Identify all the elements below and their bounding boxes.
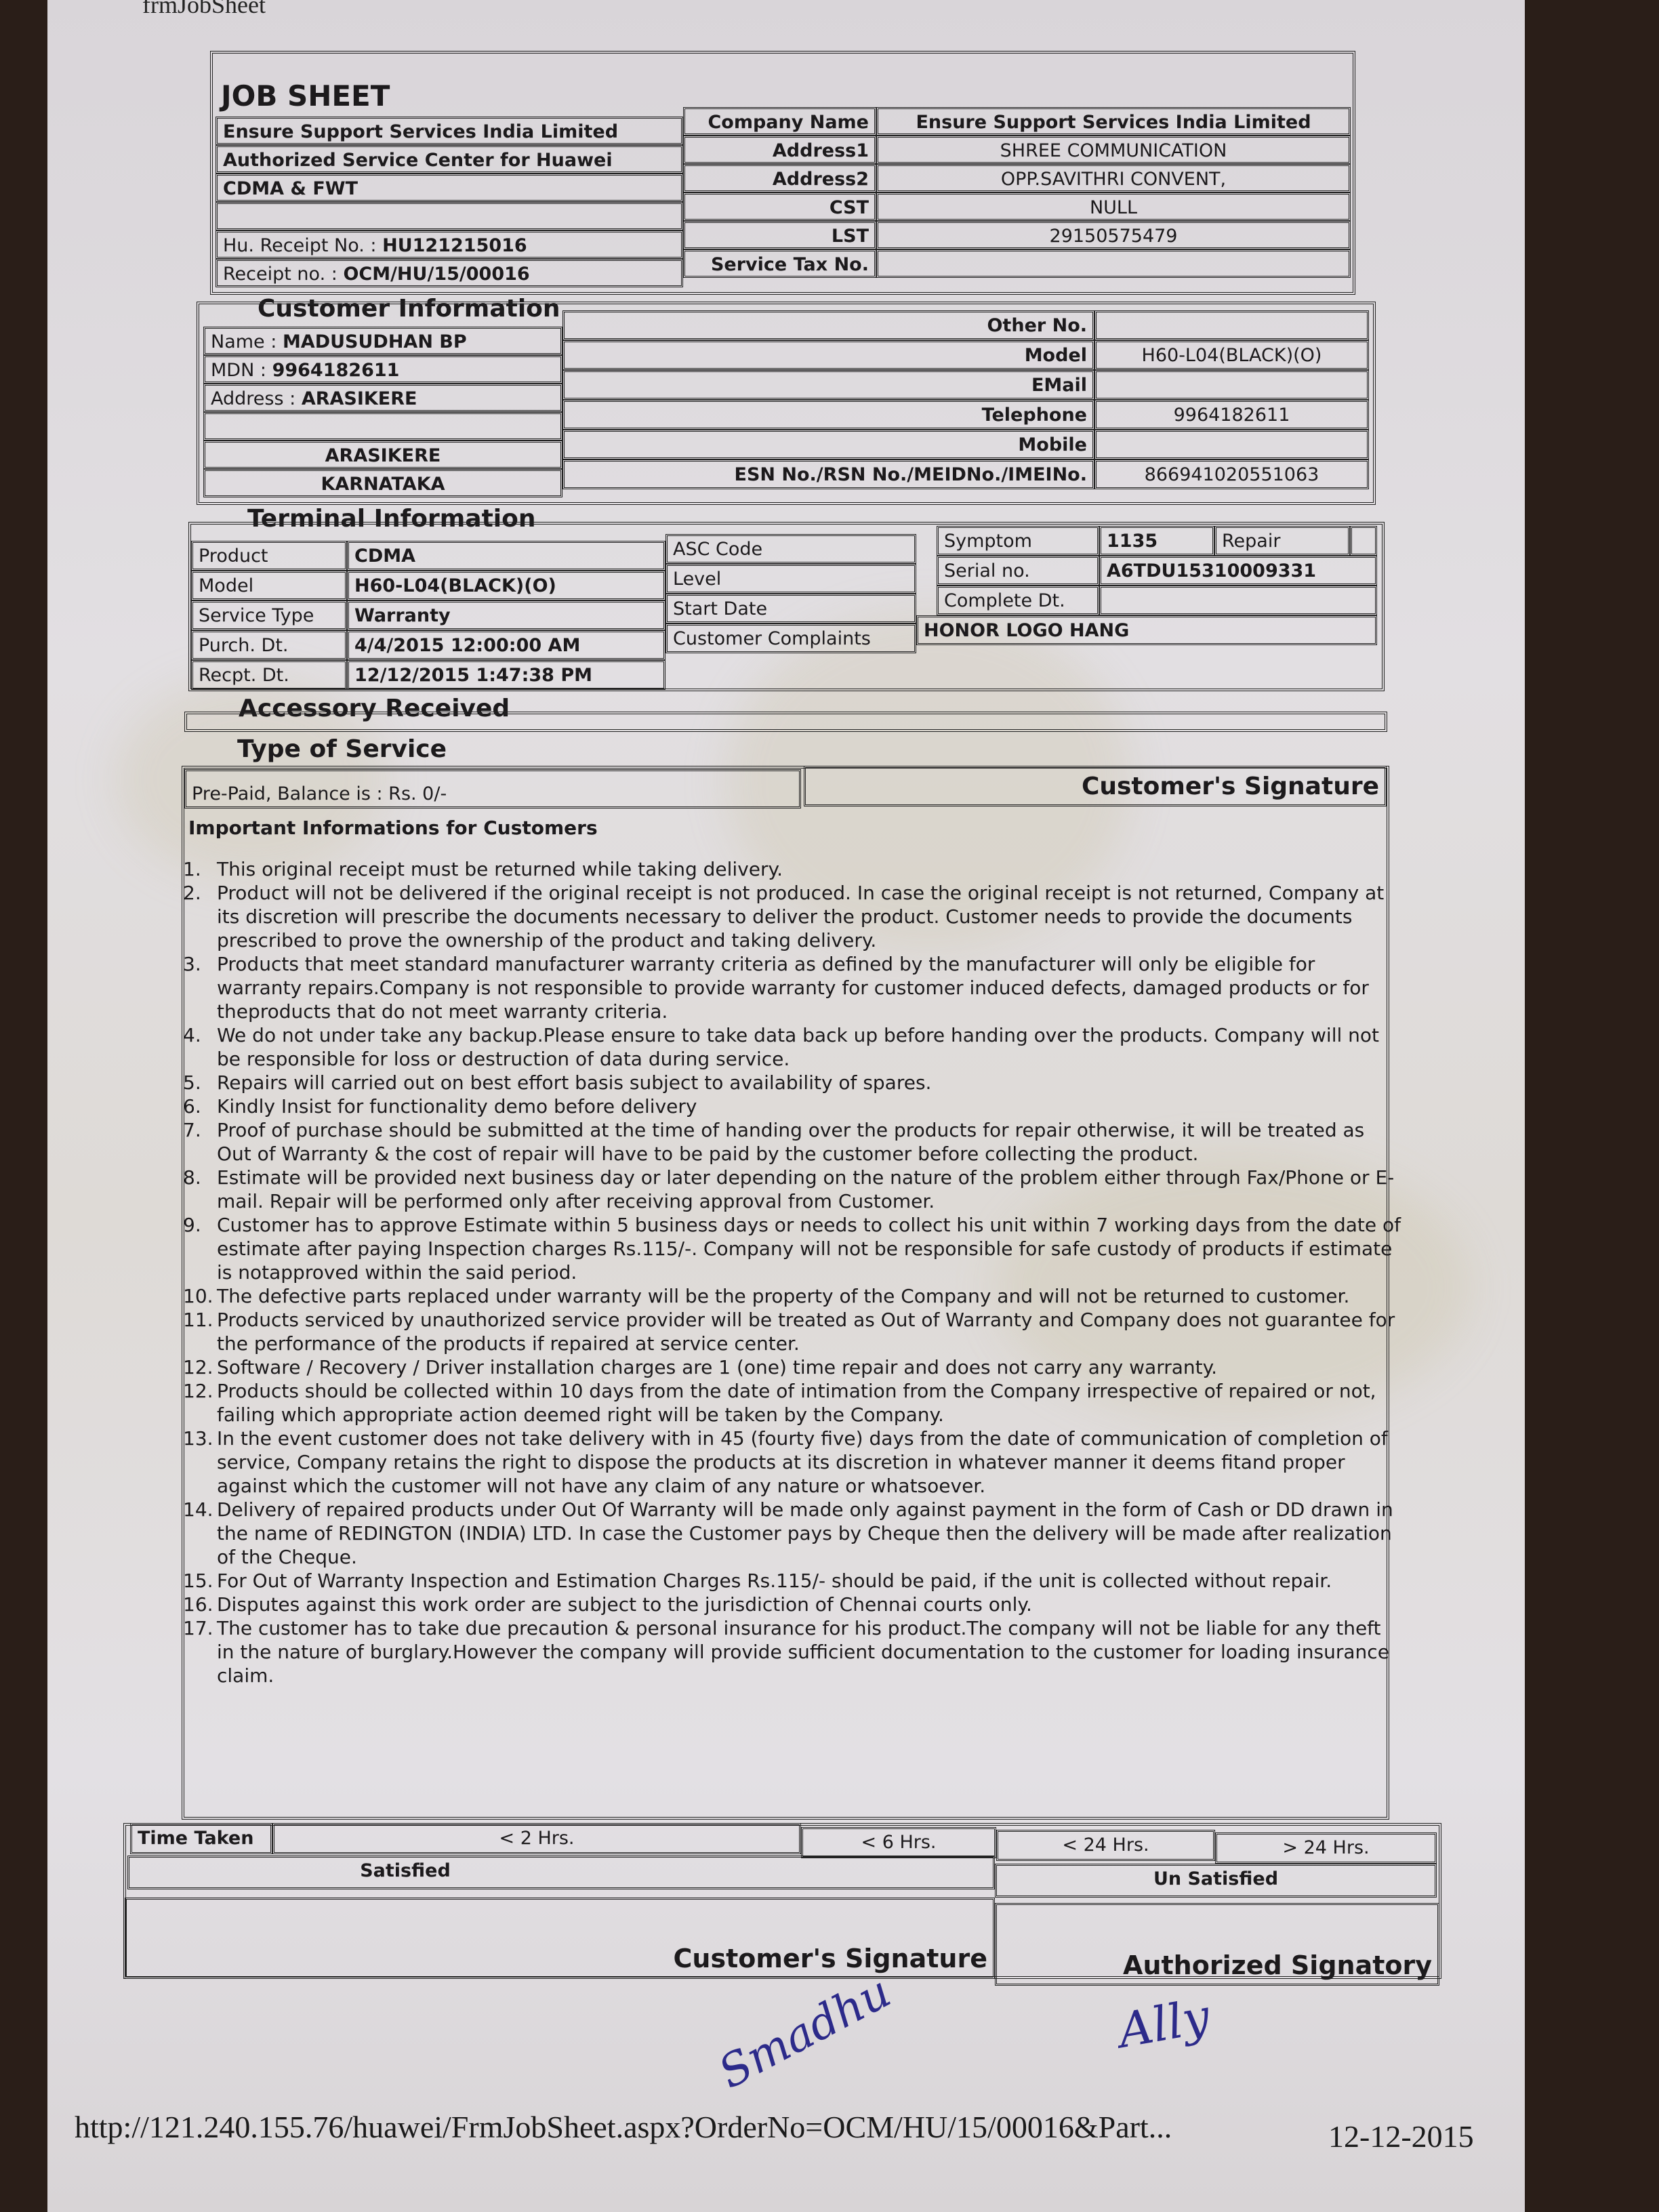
- info-item-number: 8.: [183, 1166, 217, 1213]
- info-item-text: This original receipt must be returned w…: [217, 857, 1403, 881]
- receipt-row: Receipt no. : OCM/HU/15/00016: [216, 259, 683, 287]
- info-item: 13.In the event customer does not take d…: [183, 1427, 1403, 1498]
- info-item-number: 13.: [183, 1427, 217, 1498]
- info-item-text: We do not under take any backup.Please e…: [217, 1023, 1403, 1071]
- repair-checkbox[interactable]: [1350, 526, 1377, 556]
- info-item: 6.Kindly Insist for functionality demo b…: [183, 1094, 1403, 1118]
- info-item-text: In the event customer does not take deli…: [217, 1427, 1403, 1498]
- customer-field-label: Other No.: [562, 310, 1094, 340]
- info-item-number: 11.: [183, 1308, 217, 1355]
- info-item-number: 7.: [183, 1118, 217, 1166]
- time-option-lt-2[interactable]: < 2 Hrs.: [272, 1823, 801, 1854]
- info-item: 1.This original receipt must be returned…: [183, 857, 1403, 881]
- satisfied-option[interactable]: Satisfied: [127, 1856, 995, 1889]
- info-item: 4.We do not under take any backup.Please…: [183, 1023, 1403, 1071]
- customer-city: ARASIKERE: [203, 441, 562, 469]
- page-header: frmJobSheet: [142, 0, 266, 19]
- footer-url: http://121.240.155.76/huawei/FrmJobSheet…: [75, 2109, 1172, 2145]
- customer-name: MADUSUDHAN BP: [283, 331, 467, 352]
- serial-value: A6TDU15310009331: [1099, 556, 1377, 586]
- company-field-label: Company Name: [683, 107, 876, 136]
- info-item: 17.The customer has to take due precauti…: [183, 1616, 1403, 1687]
- company-line-4: [216, 202, 683, 230]
- info-item-text: Software / Recovery / Driver installatio…: [217, 1355, 1403, 1379]
- address-label: Address :: [211, 388, 295, 409]
- info-item-text: Delivery of repaired products under Out …: [217, 1498, 1403, 1569]
- customer-address-row: Address : ARASIKERE: [203, 384, 562, 412]
- info-item-number: 14.: [183, 1498, 217, 1569]
- terminal-field-label: Product: [191, 541, 347, 571]
- info-item: 8.Estimate will be provided next busines…: [183, 1166, 1403, 1213]
- unsatisfied-option[interactable]: Un Satisfied: [995, 1864, 1437, 1898]
- info-item-number: 4.: [183, 1023, 217, 1071]
- info-item: 12.Software / Recovery / Driver installa…: [183, 1355, 1403, 1379]
- time-option-gt-24[interactable]: > 24 Hrs.: [1215, 1832, 1437, 1864]
- info-item-text: Repairs will carried out on best effort …: [217, 1071, 1403, 1094]
- footer-date: 12-12-2015: [1328, 2118, 1474, 2154]
- info-item-number: 16.: [183, 1593, 217, 1616]
- company-field-label: Service Tax No.: [683, 249, 876, 278]
- info-item-text: Products that meet standard manufacturer…: [217, 952, 1403, 1023]
- feedback-customer-signature: Customer's Signature: [125, 1898, 995, 1979]
- company-field-value: NULL: [876, 192, 1351, 221]
- repair-label: Repair: [1214, 526, 1350, 556]
- name-label: Name :: [211, 331, 276, 352]
- important-info-list: 1.This original receipt must be returned…: [183, 857, 1403, 1687]
- customer-address-line2: [203, 412, 562, 441]
- info-item-number: 2.: [183, 881, 217, 952]
- time-taken-label: Time Taken: [130, 1823, 272, 1854]
- terminal-field-value: H60-L04(BLACK)(O): [347, 571, 665, 600]
- info-item-number: 10.: [183, 1284, 217, 1308]
- terminal-mid-label: Customer Complaints: [665, 623, 916, 653]
- company-field-value: Ensure Support Services India Limited: [876, 107, 1351, 136]
- receipt-value: OCM/HU/15/00016: [343, 264, 529, 285]
- info-item-text: Products serviced by unauthorized servic…: [217, 1308, 1403, 1355]
- company-line-1: Ensure Support Services India Limited: [216, 117, 683, 145]
- company-line-2: Authorized Service Center for Huawei: [216, 145, 683, 173]
- info-item-text: Proof of purchase should be submitted at…: [217, 1118, 1403, 1166]
- info-item-number: 15.: [183, 1569, 217, 1593]
- customer-mdn-row: MDN : 9964182611: [203, 355, 562, 384]
- info-item-number: 3.: [183, 952, 217, 1023]
- terminal-field-value: 4/4/2015 12:00:00 AM: [347, 630, 665, 660]
- customer-mdn: 9964182611: [272, 360, 400, 381]
- customer-field-label: Mobile: [562, 430, 1094, 459]
- info-item-number: 17.: [183, 1616, 217, 1687]
- customer-field-value: [1094, 310, 1369, 340]
- time-option-lt-6[interactable]: < 6 Hrs.: [801, 1827, 996, 1858]
- symptom-value: 1135: [1099, 526, 1214, 556]
- receipt-label: Receipt no. :: [223, 264, 337, 285]
- customer-field-value: [1094, 430, 1369, 459]
- customer-complaint: HONOR LOGO HANG: [916, 615, 1377, 645]
- terminal-field-label: Purch. Dt.: [191, 630, 347, 660]
- customer-field-value: 9964182611: [1094, 400, 1369, 430]
- customer-field-label: ESN No./RSN No./MEIDNo./IMEINo.: [562, 459, 1094, 489]
- time-option-lt-24[interactable]: < 24 Hrs.: [996, 1830, 1215, 1861]
- info-item-number: 12.: [183, 1379, 217, 1427]
- company-field-value: [876, 249, 1351, 278]
- info-item: 16.Disputes against this work order are …: [183, 1593, 1403, 1616]
- info-item: 9.Customer has to approve Estimate withi…: [183, 1213, 1403, 1284]
- company-field-value: SHREE COMMUNICATION: [876, 136, 1351, 164]
- info-item-text: Kindly Insist for functionality demo bef…: [217, 1094, 1403, 1118]
- complete-date-value: [1099, 586, 1377, 615]
- info-item: 7.Proof of purchase should be submitted …: [183, 1118, 1403, 1166]
- terminal-field-label: Recpt. Dt.: [191, 660, 347, 690]
- customer-field-label: EMail: [562, 370, 1094, 400]
- customer-state: KARNATAKA: [203, 469, 562, 497]
- customer-field-value: H60-L04(BLACK)(O): [1094, 340, 1369, 370]
- info-item-text: Disputes against this work order are sub…: [217, 1593, 1403, 1616]
- service-type-heading: Type of Service: [237, 735, 447, 763]
- mdn-label: MDN :: [211, 360, 266, 381]
- info-item-text: Product will not be delivered if the ori…: [217, 881, 1403, 952]
- info-item-number: 1.: [183, 857, 217, 881]
- customer-field-value: 866941020551063: [1094, 459, 1369, 489]
- important-info-heading: Important Informations for Customers: [188, 817, 598, 839]
- accessory-box: [184, 712, 1387, 732]
- company-field-label: Address1: [683, 136, 876, 164]
- info-item-text: Customer has to approve Estimate within …: [217, 1213, 1403, 1284]
- terminal-mid-label: ASC Code: [665, 534, 916, 564]
- info-item: 14.Delivery of repaired products under O…: [183, 1498, 1403, 1569]
- customer-field-value: [1094, 370, 1369, 400]
- info-item: 3.Products that meet standard manufactur…: [183, 952, 1403, 1023]
- company-field-label: LST: [683, 221, 876, 249]
- complete-date-label: Complete Dt.: [937, 586, 1099, 615]
- company-line-3: CDMA & FWT: [216, 173, 683, 202]
- terminal-field-value: Warranty: [347, 600, 665, 630]
- terminal-mid-label: Start Date: [665, 594, 916, 623]
- hu-receipt-value: HU121215016: [382, 235, 527, 256]
- serial-label: Serial no.: [937, 556, 1099, 586]
- hu-receipt-row: Hu. Receipt No. : HU121215016: [216, 230, 683, 259]
- info-item-text: Estimate will be provided next business …: [217, 1166, 1403, 1213]
- service-customer-signature: Customer's Signature: [804, 766, 1387, 806]
- info-item-number: 12.: [183, 1355, 217, 1379]
- info-item: 2.Product will not be delivered if the o…: [183, 881, 1403, 952]
- authorized-signatory: Authorized Signatory: [995, 1903, 1439, 1986]
- customer-address: ARASIKERE: [302, 388, 417, 409]
- symptom-label: Symptom: [937, 526, 1099, 556]
- customer-name-row: Name : MADUSUDHAN BP: [203, 327, 562, 355]
- info-item-text: For Out of Warranty Inspection and Estim…: [217, 1569, 1403, 1593]
- info-item-text: The customer has to take due precaution …: [217, 1616, 1403, 1687]
- terminal-field-value: 12/12/2015 1:47:38 PM: [347, 660, 665, 690]
- customer-field-label: Model: [562, 340, 1094, 370]
- terminal-field-label: Model: [191, 571, 347, 600]
- prepaid-balance: Pre-Paid, Balance is : Rs. 0/-: [184, 769, 801, 808]
- info-item: 11.Products serviced by unauthorized ser…: [183, 1308, 1403, 1355]
- info-item-text: The defective parts replaced under warra…: [217, 1284, 1403, 1308]
- hu-receipt-label: Hu. Receipt No. :: [223, 235, 377, 256]
- job-sheet-title: JOB SHEET: [216, 78, 683, 120]
- info-item: 10.The defective parts replaced under wa…: [183, 1284, 1403, 1308]
- company-field-label: CST: [683, 192, 876, 221]
- info-item: 12.Products should be collected within 1…: [183, 1379, 1403, 1427]
- info-item: 5.Repairs will carried out on best effor…: [183, 1071, 1403, 1094]
- company-field-label: Address2: [683, 164, 876, 192]
- company-field-value: OPP.SAVITHRI CONVENT,: [876, 164, 1351, 192]
- customer-field-label: Telephone: [562, 400, 1094, 430]
- terminal-field-value: CDMA: [347, 541, 665, 571]
- company-field-value: 29150575479: [876, 221, 1351, 249]
- info-item-number: 5.: [183, 1071, 217, 1094]
- info-item: 15.For Out of Warranty Inspection and Es…: [183, 1569, 1403, 1593]
- info-item-text: Products should be collected within 10 d…: [217, 1379, 1403, 1427]
- info-item-number: 9.: [183, 1213, 217, 1284]
- info-item-number: 6.: [183, 1094, 217, 1118]
- terminal-field-label: Service Type: [191, 600, 347, 630]
- terminal-mid-label: Level: [665, 564, 916, 594]
